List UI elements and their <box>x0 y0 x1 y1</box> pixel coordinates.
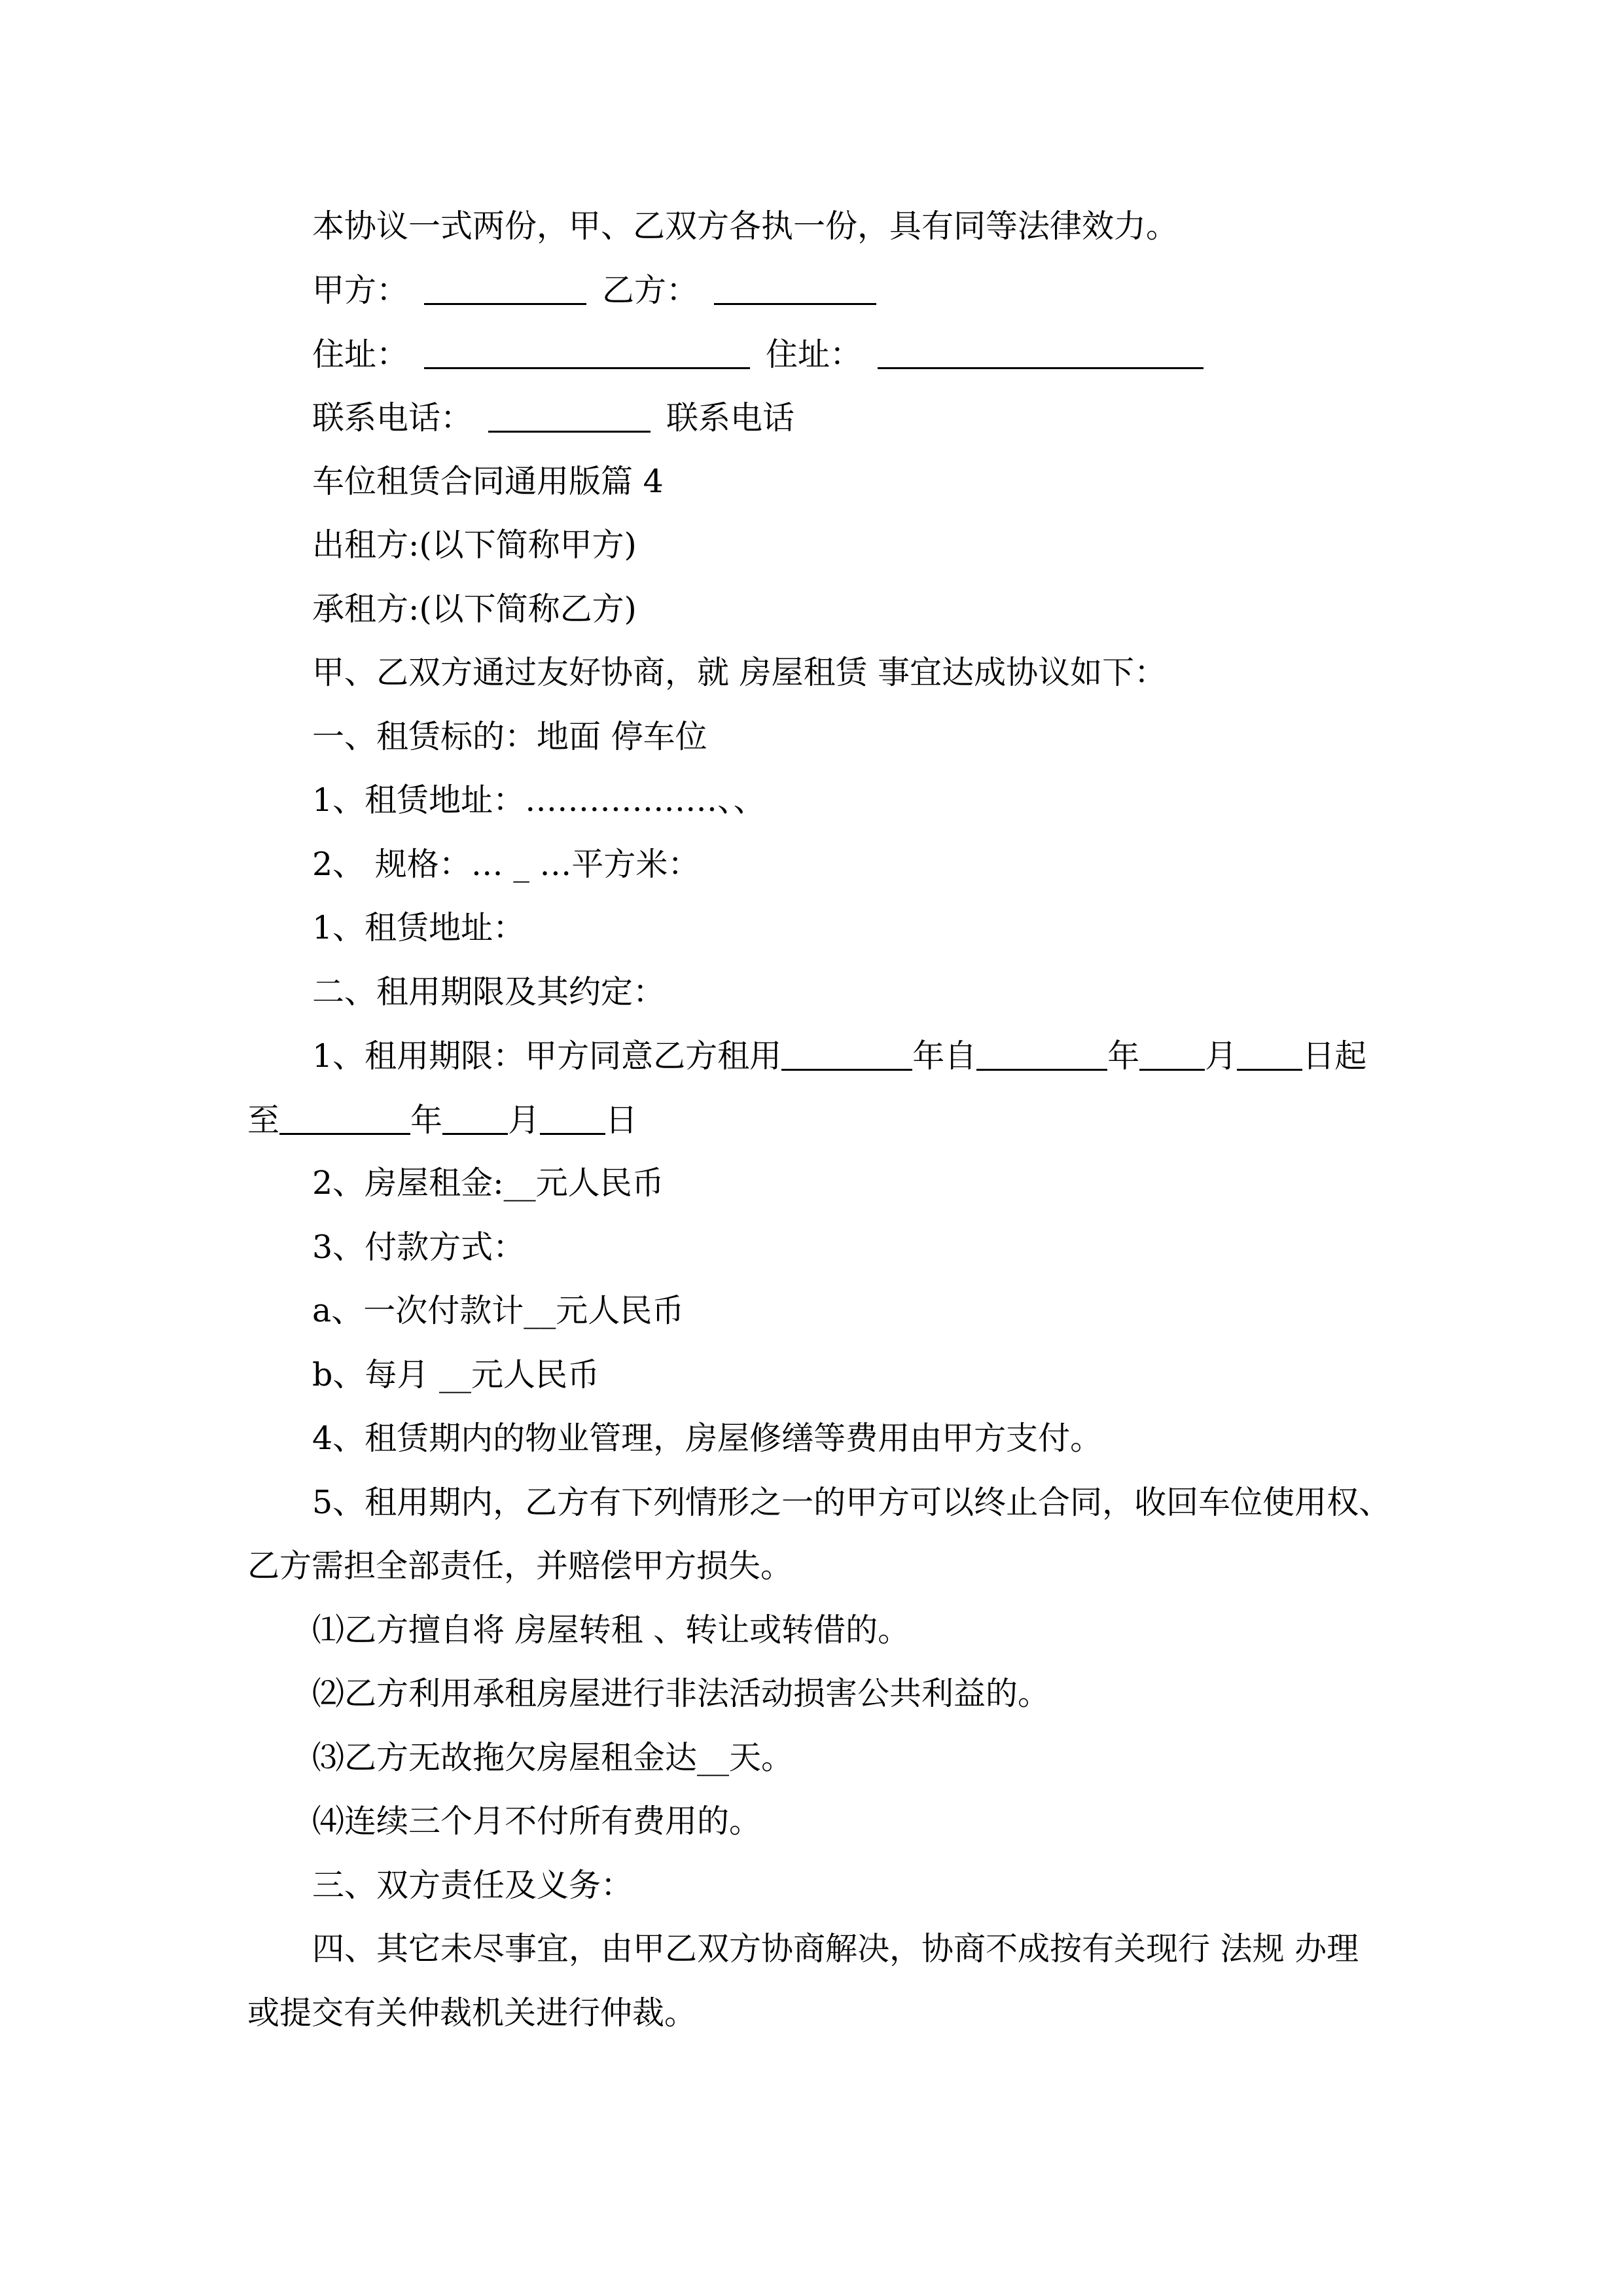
lease-term-text: 1、租用期限：甲方同意乙方租用 <box>312 1037 781 1075</box>
specification-line: 2、 规格：… _ …平方米： <box>312 845 700 884</box>
payment-option-b: b、每月 __元人民币 <box>312 1355 599 1395</box>
payment-method-heading: 3、付款方式： <box>312 1228 525 1267</box>
termination-item-3: ⑶乙方无故拖欠房屋租金达__天。 <box>312 1738 793 1778</box>
copies-clause: 本协议一式两份，甲、乙双方各执一份，具有同等法律效力。 <box>312 207 1178 246</box>
lease-term-end-line: 至年月日 <box>247 1100 637 1139</box>
end-day-text: 日 <box>605 1102 637 1139</box>
document-page: 本协议一式两份，甲、乙双方各执一份，具有同等法律效力。 甲方：乙方： 住址：住址… <box>0 0 1623 2296</box>
start-day-blank <box>1237 1036 1302 1071</box>
end-month-blank <box>442 1100 508 1135</box>
termination-clause-cont: 乙方需担全部责任，并赔偿甲方损失。 <box>247 1547 793 1586</box>
end-month-text: 月 <box>508 1102 540 1139</box>
termination-clause: 5、租用期内，乙方有下列情形之一的甲方可以终止合同，收回车位使用权、 <box>312 1483 1391 1522</box>
party-b-address-label: 住址： <box>766 336 862 373</box>
party-a-blank <box>424 270 586 305</box>
clause-2-heading: 二、租用期限及其约定： <box>312 973 665 1012</box>
lease-address-line: 1、租赁地址： <box>312 908 525 948</box>
start-month-blank <box>1139 1036 1205 1071</box>
phone-line: 联系电话：联系电话 <box>312 398 794 437</box>
party-a-phone-blank <box>488 398 651 433</box>
lessee-line: 承租方:(以下简称乙方) <box>312 590 637 629</box>
termination-item-2: ⑵乙方利用承租房屋进行非法活动损害公共利益的。 <box>312 1674 1050 1713</box>
agreement-intro: 甲、乙双方通过友好协商，就 房屋租赁 事宜达成协议如下： <box>312 653 1166 692</box>
month-text: 月 <box>1205 1037 1237 1075</box>
end-day-blank <box>540 1100 605 1135</box>
property-fees-clause: 4、租赁期内的物业管理，房屋修缮等费用由甲方支付。 <box>312 1419 1102 1458</box>
party-b-phone-label: 联系电话 <box>666 399 794 437</box>
years-blank <box>781 1036 912 1071</box>
year-text: 年 <box>1107 1037 1139 1075</box>
lease-term-line: 1、租用期限：甲方同意乙方租用年自年月日起 <box>312 1036 1366 1075</box>
party-b-address-blank <box>878 334 1204 369</box>
rent-line: 2、房屋租金:__元人民币 <box>312 1164 664 1203</box>
party-a-label: 甲方： <box>312 272 408 309</box>
until-text: 至 <box>247 1102 279 1139</box>
party-a-phone-label: 联系电话： <box>312 399 473 437</box>
end-year-blank <box>279 1100 410 1135</box>
clause-4-text-cont: 或提交有关仲裁机关进行仲裁。 <box>247 1994 696 2033</box>
termination-item-1: ⑴乙方擅自将 房屋转租 、转让或转借的。 <box>312 1611 910 1650</box>
start-year-blank <box>976 1036 1107 1071</box>
party-a-address-blank <box>424 334 750 369</box>
party-signature-line: 甲方：乙方： <box>312 270 876 310</box>
year-from-text: 年自 <box>912 1037 976 1075</box>
section-title: 车位租赁合同通用版篇 4 <box>312 462 664 501</box>
address-line: 住址：住址： <box>312 334 1204 374</box>
payment-option-a: a、一次付款计__元人民币 <box>312 1291 684 1331</box>
party-a-address-label: 住址： <box>312 336 408 373</box>
day-start-text: 日起 <box>1302 1037 1366 1075</box>
lease-address-dotted: 1、租赁地址：………………、、 <box>312 781 766 820</box>
party-b-blank <box>714 270 876 305</box>
clause-3-heading: 三、双方责任及义务： <box>312 1866 633 1905</box>
party-b-label: 乙方： <box>602 272 698 309</box>
clause-1-heading: 一、租赁标的：地面 停车位 <box>312 717 707 757</box>
lessor-line: 出租方:(以下简称甲方) <box>312 526 637 565</box>
end-year-text: 年 <box>410 1102 442 1139</box>
termination-item-4: ⑷连续三个月不付所有费用的。 <box>312 1802 761 1841</box>
clause-4-text: 四、其它未尽事宜，由甲乙双方协商解决，协商不成按有关现行 法规 办理 <box>312 1929 1359 1969</box>
